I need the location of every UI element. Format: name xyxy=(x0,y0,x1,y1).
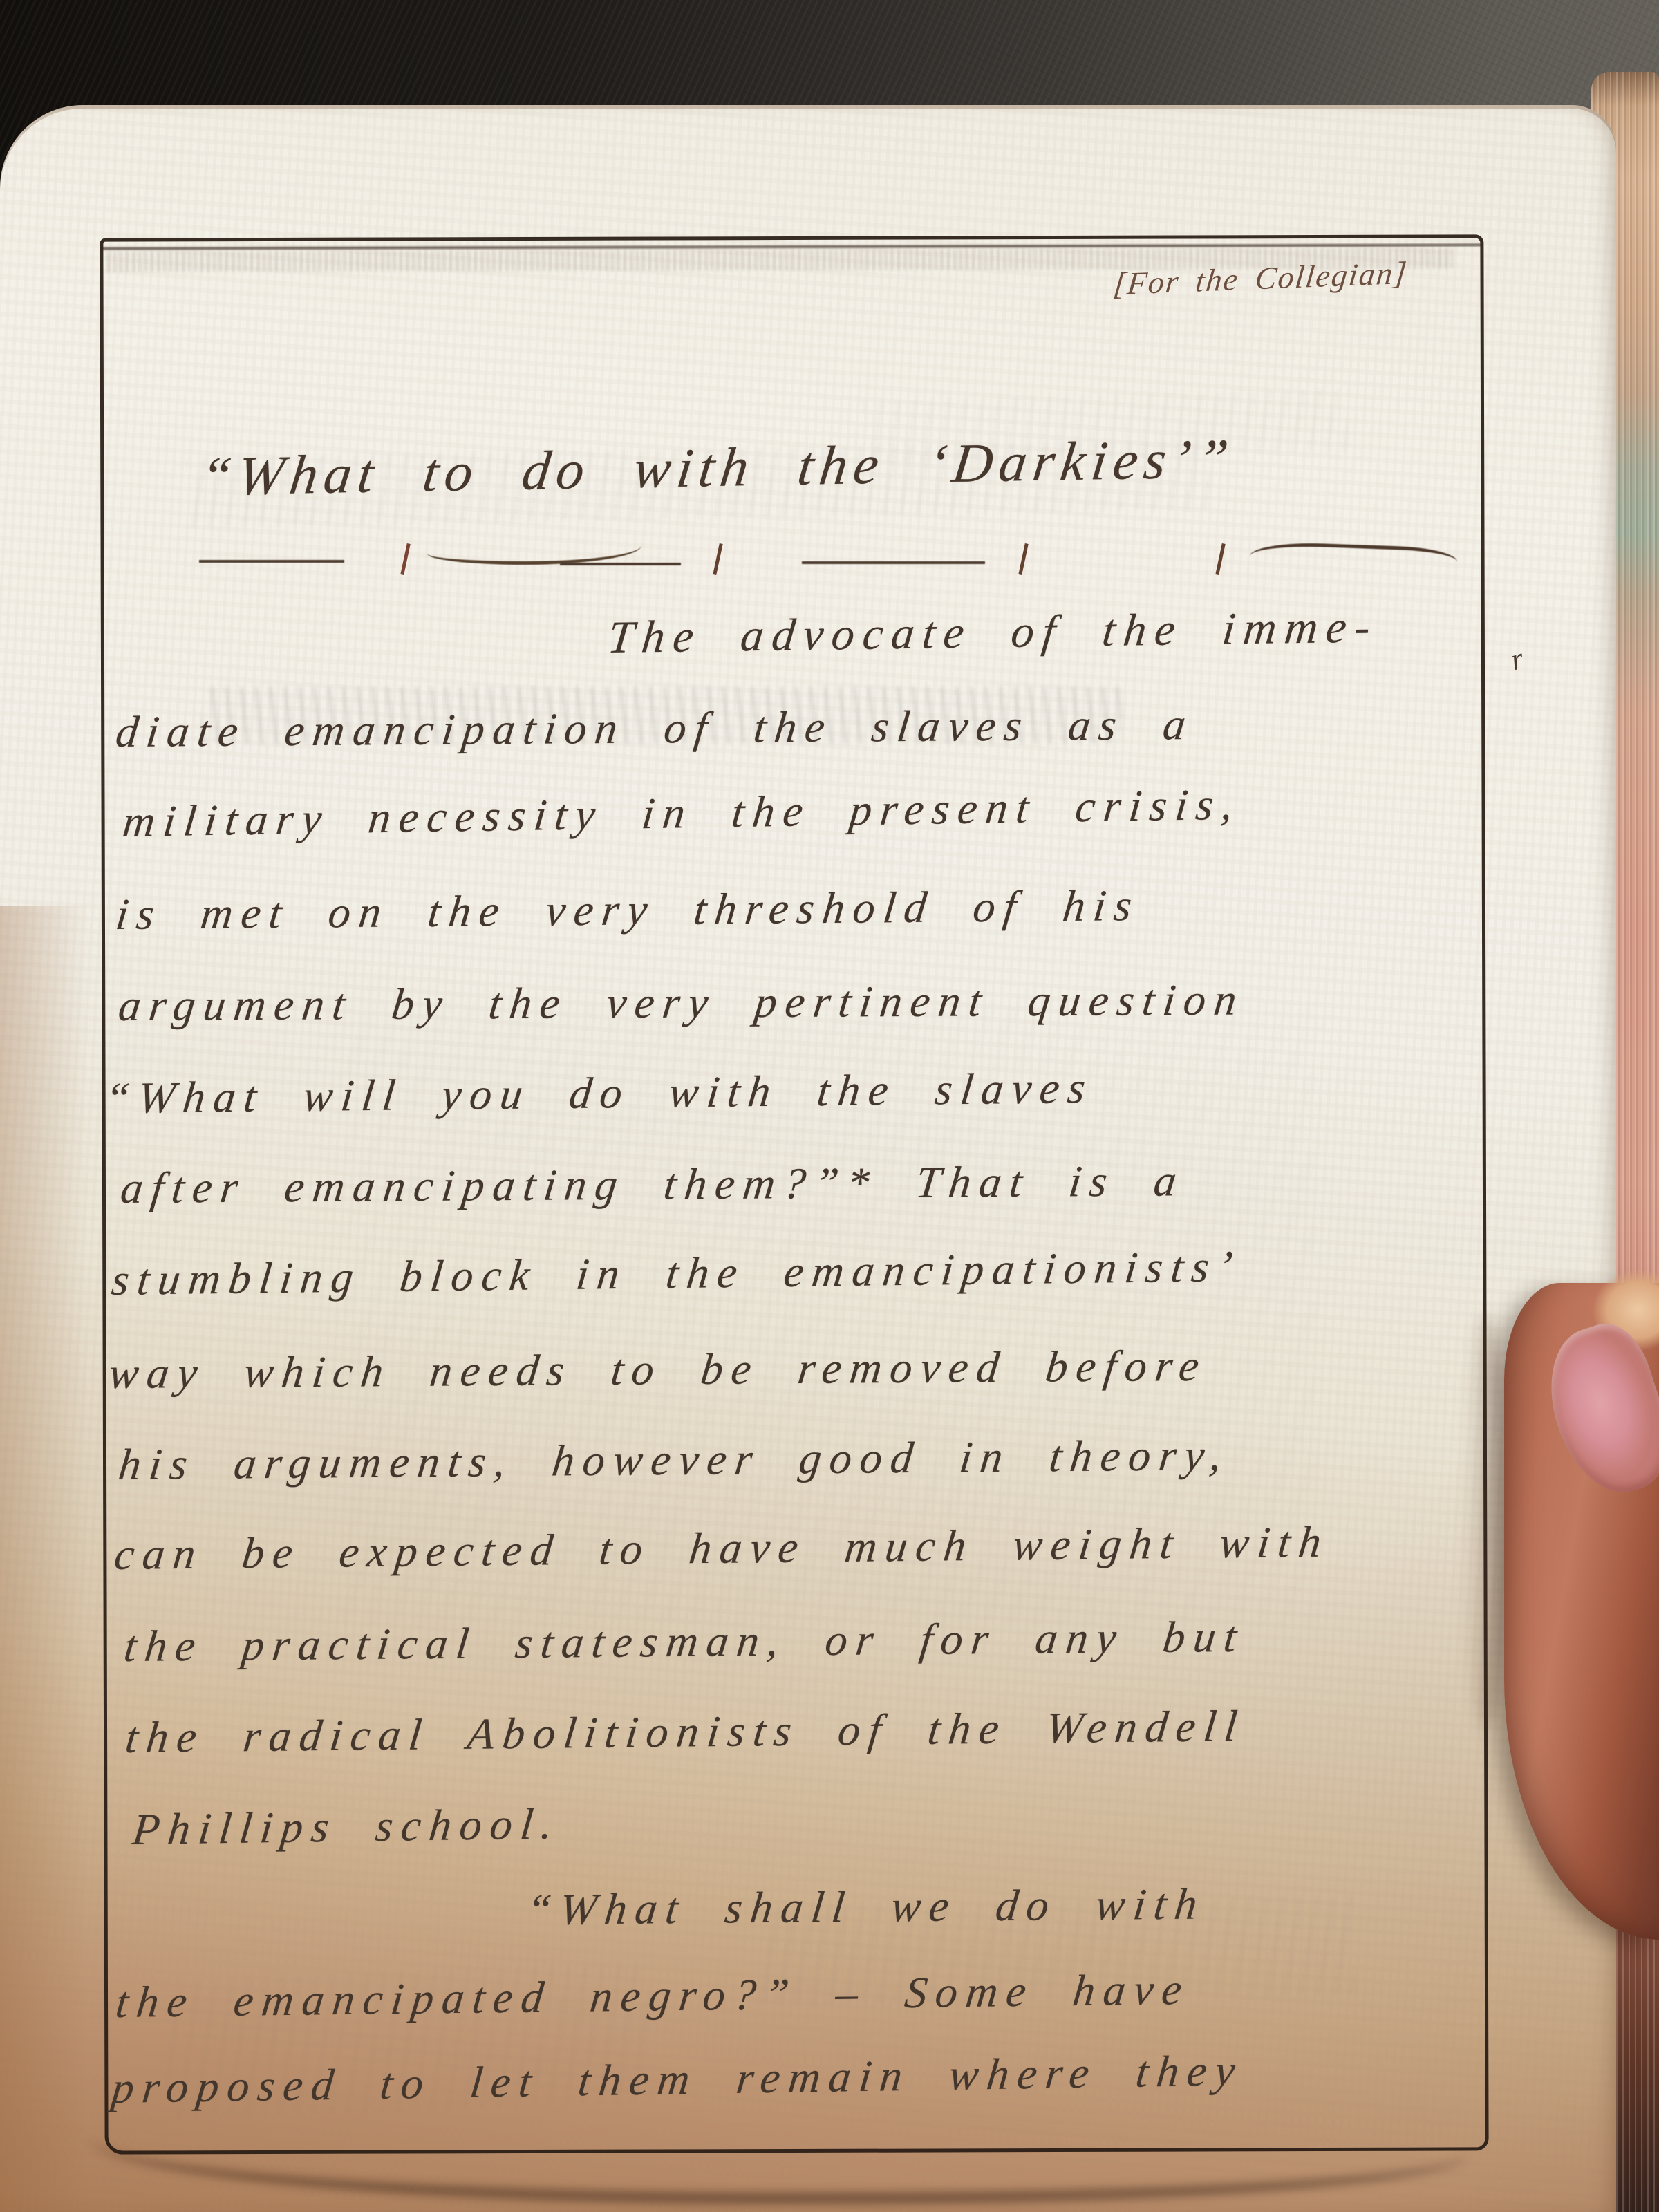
manuscript-line: the emancipated negro?” – Some have xyxy=(113,1964,1193,2028)
manuscript-line: “What will you do with the slaves xyxy=(102,1062,1096,1124)
thumb-cast-shadow xyxy=(1460,1313,1511,1728)
manuscript-lines: The advocate of the imme-diate emancipat… xyxy=(0,0,1659,2212)
manuscript-line: can be expected to have much weight with xyxy=(112,1517,1332,1580)
manuscript-line: is met on the very threshold of his xyxy=(113,880,1143,940)
manuscript-line: the practical statesman, or for any but xyxy=(122,1611,1248,1672)
manuscript-line: after emancipating them?”* That is a xyxy=(118,1155,1188,1214)
manuscript-line: way which needs to be removed before xyxy=(106,1340,1210,1399)
manuscript-line: diate emancipation of the slaves as a xyxy=(113,699,1197,758)
manuscript-line: “What shall we do with xyxy=(524,1878,1208,1935)
manuscript-line: argument by the very pertinent question xyxy=(116,974,1248,1031)
manuscript-line: the radical Abolitionists of the Wendell xyxy=(123,1700,1248,1763)
manuscript-line: stumbling block in the emancipationists’ xyxy=(109,1241,1244,1306)
manuscript-line: Phillips school. xyxy=(130,1798,563,1855)
manuscript-line: The advocate of the imme- xyxy=(606,601,1381,664)
manuscript-photo: [For the Collegian] “What to do with the… xyxy=(0,0,1659,2212)
manuscript-line: proposed to let them remain where they xyxy=(109,2045,1246,2114)
manuscript-line: his arguments, however good in theory, xyxy=(116,1430,1232,1490)
manuscript-line: military necessity in the present crisis… xyxy=(120,779,1244,847)
